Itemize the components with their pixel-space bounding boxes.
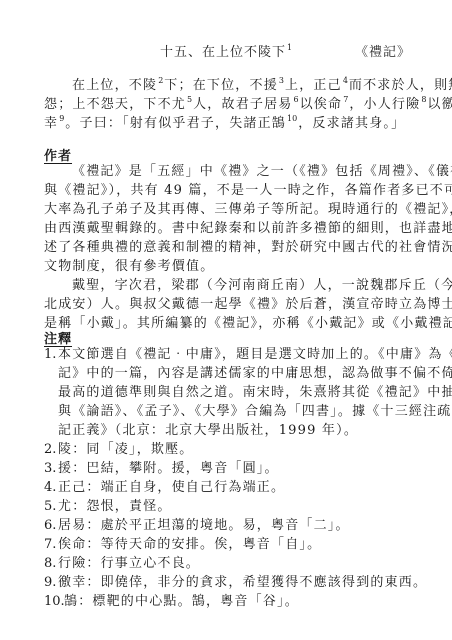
note-text: 鵠：標靶的中心點。鵠，粵音「谷」。	[64, 594, 299, 609]
note-item-8: 8.行險：行事立心不良。	[44, 554, 200, 573]
lesson-title: 十五、在上位不陵下1	[160, 41, 293, 60]
author-line: 述了各種典禮的意義和制禮的精神，對於研究中國古代的社會情況和	[44, 238, 452, 257]
note-item-6: 6.居易：處於平正坦蕩的境地。易，粵音「二」。	[44, 516, 350, 535]
author-line: 文物制度，很有參考價值。	[44, 257, 214, 276]
footnote-marker: 10	[287, 114, 297, 123]
footnote-marker: 4	[343, 76, 348, 85]
author-line: 是稱「小戴」。其所編纂的《禮記》，亦稱《小戴記》或《小戴禮記》。	[44, 314, 452, 333]
footnote-marker: 5	[187, 95, 192, 104]
note-text: 援：巴結，攀附。援，粵音「圓」。	[58, 461, 279, 476]
passage-text: 幸	[44, 116, 58, 131]
footnote-marker: 7	[343, 95, 348, 104]
note-number: 1.	[44, 345, 58, 364]
note-text: 陵：同「凌」，欺壓。	[58, 442, 194, 457]
footnote-marker: 2	[158, 76, 163, 85]
author-line: 與《禮記》），共有 49 篇，不是一人一時之作，各篇作者多已不可考，	[44, 181, 452, 200]
note-text: 俟命：等待天命的安排。俟，粵音「自」。	[58, 537, 321, 552]
note-text: 居易：處於平正坦蕩的境地。易，粵音「二」。	[58, 518, 350, 533]
author-line: 北成安）人。與叔父戴德一起學《禮》於后蒼，漢宣帝時立為博士，	[44, 295, 452, 314]
note-text: 徼幸：即僥倖，非分的貪求，希望獲得不應該得到的東西。	[58, 575, 427, 590]
document-page: 十五、在上位不陵下1 《禮記》 在上位，不陵2下；在下位，不援3上，正己4而不求…	[0, 0, 452, 640]
note-text: 行險：行事立心不良。	[58, 556, 200, 571]
author-line: 戴聖，字次君，梁郡（今河南商丘南）人，一說魏郡斥丘（今河	[72, 276, 452, 295]
passage-line-3: 幸9。子曰：「射有似乎君子，失諸正鵠10，反求諸其身。」	[44, 109, 405, 133]
note-item-3: 3.援：巴結，攀附。援，粵音「圓」。	[44, 459, 279, 478]
note-item-5: 5.尤：怨恨，責怪。	[44, 497, 172, 516]
note-continuation: 與《論語》、《孟子》、《大學》合編為「四書」。據《十三經注疏‧禮	[58, 402, 452, 421]
note-number: 4.	[44, 478, 58, 497]
footnote-marker: 6	[294, 95, 299, 104]
note-number: 5.	[44, 497, 58, 516]
note-continuation: 記》中的一篇，內容是講述儒家的中庸思想，認為做事不偏不倚是	[58, 364, 452, 383]
author-heading: 作者	[44, 145, 72, 164]
note-continuation: 最高的道德準則與自然之道。南宋時，朱熹將其從《禮記》中抽出，	[58, 383, 452, 402]
author-line: 由西漢戴聖輯錄的。書中紀錄秦和以前許多禮節的細則，也詳盡地論	[44, 219, 452, 238]
note-number: 7.	[44, 535, 58, 554]
author-line: 大率為孔子弟子及其再傳、三傳弟子等所記。現時通行的《禮記》，是	[44, 200, 452, 219]
lesson-title-text: 十五、在上位不陵下	[160, 45, 286, 60]
note-number: 3.	[44, 459, 58, 478]
source-label: 《禮記》	[355, 41, 411, 60]
note-number: 9.	[44, 573, 58, 592]
note-number: 6.	[44, 516, 58, 535]
note-number: 10.	[44, 592, 64, 611]
passage-text: 以徼	[427, 97, 452, 112]
note-text: 尤：怨恨，責怪。	[58, 499, 172, 514]
note-item-7: 7.俟命：等待天命的安排。俟，粵音「自」。	[44, 535, 321, 554]
note-continuation: 記正義》（北京：北京大學出版社，1999 年）。	[58, 421, 358, 440]
footnote-marker: 3	[279, 76, 284, 85]
note-item-10: 10.鵠：標靶的中心點。鵠，粵音「谷」。	[44, 592, 299, 611]
footnote-marker: 1	[287, 43, 292, 52]
passage-text: ，反求諸其身。」	[298, 116, 405, 131]
footnote-marker: 9	[59, 114, 64, 123]
note-item-1: 1.本文節選自《禮記‧中庸》，題目是選文時加上的。《中庸》為《禮	[44, 345, 452, 364]
note-number: 2.	[44, 440, 58, 459]
footnote-marker: 8	[421, 95, 426, 104]
note-number: 8.	[44, 554, 58, 573]
author-line: 《禮記》是「五經」中《禮》之一（《禮》包括《周禮》、《儀禮》、	[72, 162, 452, 181]
note-text: 本文節選自《禮記‧中庸》，題目是選文時加上的。《中庸》為《禮	[58, 347, 452, 362]
note-text: 正己：端正自身，使自己行為端正。	[58, 480, 285, 495]
note-item-2: 2.陵：同「凌」，欺壓。	[44, 440, 194, 459]
note-item-9: 9.徼幸：即僥倖，非分的貪求，希望獲得不應該得到的東西。	[44, 573, 427, 592]
note-item-4: 4.正己：端正自身，使自己行為端正。	[44, 478, 285, 497]
passage-text: 。子曰：「射有似乎君子，失諸正鵠	[65, 116, 286, 131]
